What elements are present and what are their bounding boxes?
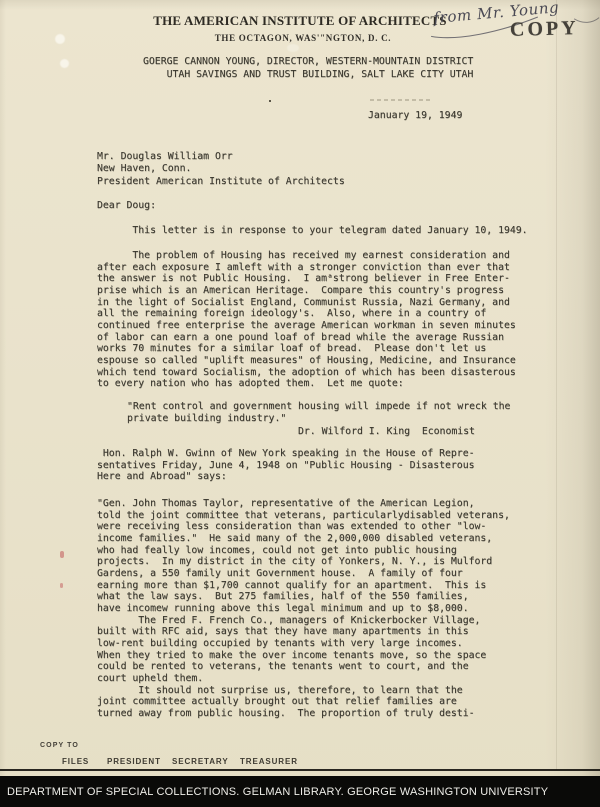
archive-bar: DEPARTMENT OF SPECIAL COLLECTIONS. GELMA… [0, 776, 600, 807]
distribution-secretary: SECRETARY [172, 757, 229, 766]
king-quote-block: "Rent control and government housing wil… [127, 401, 510, 424]
intro-paragraph: This letter is in response to your teleg… [97, 225, 528, 237]
copy-stamp: COPY [510, 17, 579, 42]
distribution-president: PRESIDENT [107, 757, 161, 766]
paper-crease [556, 0, 557, 770]
paper-damage-spot [287, 44, 299, 52]
gwinn-intro-block: Hon. Ralph W. Gwinn of New York speaking… [97, 448, 475, 483]
red-mark [60, 583, 63, 588]
erased-text-ghost [370, 99, 432, 101]
body-paragraph-1: The problem of Housing has received my e… [97, 250, 516, 390]
copy-to-label: COPY TO [40, 742, 79, 749]
red-mark [60, 551, 64, 558]
stray-ink-dot [269, 100, 271, 102]
archive-bar-text: DEPARTMENT OF SPECIAL COLLECTIONS. GELMA… [7, 786, 548, 798]
date-line: January 19, 1949 [368, 110, 462, 122]
paper-bottom-edge [0, 769, 600, 771]
gwinn-quote-block: "Gen. John Thomas Taylor, representative… [97, 498, 510, 719]
scanned-letter-page: THE AMERICAN INSTITUTE OF ARCHITECTS THE… [0, 0, 600, 807]
king-quote-attribution: Dr. Wilford I. King Economist [298, 426, 475, 438]
director-address-block: GOERGE CANNON YOUNG, DIRECTOR, WESTERN-M… [143, 55, 473, 81]
distribution-treasurer: TREASURER [240, 757, 298, 766]
distribution-files: FILES [62, 757, 89, 766]
salutation: Dear Doug: [97, 200, 156, 212]
recipient-block: Mr. Douglas William Orr New Haven, Conn.… [97, 151, 345, 188]
paper-damage-spot [60, 59, 69, 68]
paper-damage-spot [55, 34, 65, 44]
